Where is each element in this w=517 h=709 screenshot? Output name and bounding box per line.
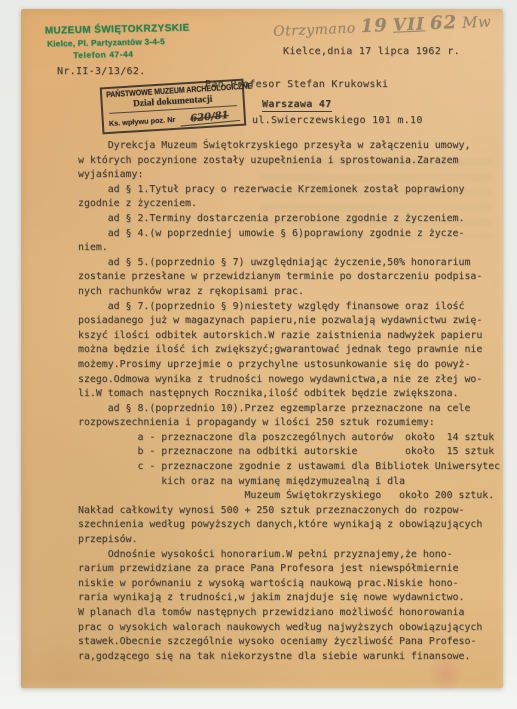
ink-smudge	[431, 657, 461, 691]
archive-stamp: PAŃSTWOWE MUZEUM ARCHEOLOGICZNE Dział do…	[100, 79, 247, 135]
recipient-city: Warszawa 47	[262, 99, 332, 112]
typed-line: niem.	[78, 241, 500, 256]
typed-line: w których poczynione zostały uzupełnieni…	[78, 154, 500, 169]
typed-line: można będzie ilość ich zwiększyć;gwarant…	[78, 343, 500, 358]
received-year: 62	[430, 12, 458, 34]
typed-line: Muzeum Świętokrzyskiego około 200 sztuk.	[78, 489, 500, 504]
received-handwriting: Otrzymano 19 VII 62 Mw	[273, 10, 504, 41]
typed-line: ad § 8.(poprzednio 10).Przez egzemplarze…	[78, 402, 500, 417]
typed-line: rozpowszechnienia i propagandy w ilości …	[78, 416, 500, 431]
typed-line: ad § 1.Tytuł pracy o rezerwacie Krzemion…	[78, 183, 500, 198]
typed-line: nych rachunków wraz z rękopisami prac.	[78, 285, 500, 300]
typed-line: ad § 2.Terminy dostarczenia przerobione …	[78, 212, 500, 227]
typed-line: rarium przewidziane za prace Pana Profes…	[78, 562, 500, 577]
typed-line: kszyć ilości odbitek autorskich.W razie …	[78, 329, 500, 344]
typed-line: a - przeznaczone dla poszczególnych auto…	[78, 431, 500, 446]
letterhead-stamp: MUZEUM ŚWIĘTOKRZYSKIE Kielce, Pl. Partyz…	[45, 22, 206, 60]
typed-line: raria wynikają z trudności,w jakim znajd…	[78, 591, 500, 606]
typed-line: szechnienia według powyższych danych,któ…	[78, 518, 500, 533]
received-initials: Mw	[462, 12, 492, 31]
archive-entry-value: 620/81	[179, 109, 239, 127]
recipient-street: ul.Swierczewskiego 101 m.10	[252, 115, 423, 126]
typed-line: zostanie przesłane w przewidzianym termi…	[78, 270, 500, 285]
typed-line: szego.Odmowa wynika z trudności nowego w…	[78, 373, 500, 388]
typed-line: Dyrekcja Muzeum Świętokrzyskiego przesył…	[78, 139, 500, 154]
letter-page: MUZEUM ŚWIĘTOKRZYSKIE Kielce, Pl. Partyz…	[21, 9, 503, 688]
letterhead-address: Kielce, Pl. Partyzantów 3-4-5	[47, 35, 205, 48]
typed-line: niskie w porównaniu z wysoką wartością n…	[78, 577, 500, 592]
typed-line: li.W tomach następnych Rocznika,ilość od…	[78, 387, 500, 402]
typed-line: b - przeznaczone na odbitki autorskie ok…	[78, 445, 500, 460]
typed-line: prac o wysokich walorach naukowych wedłu…	[78, 621, 500, 636]
typed-line: ad § 7.(poprzednio § 9)niestety względy …	[78, 300, 500, 315]
received-day: 19	[360, 15, 388, 37]
typed-line: W planach dla tomów następnych przewidzi…	[78, 606, 500, 621]
archive-entry-label: Ks. wpływu poz. Nr	[109, 115, 176, 129]
typed-line: ad § 4.(w poprzedniej umowie § 6)poprawi…	[78, 227, 500, 242]
typed-line: zgodnie z życzeniem.	[78, 197, 500, 212]
typed-line: stawek.Obecnie szczególnie wysoko ocenia…	[78, 635, 500, 650]
typed-line: Nakład całkowity wynosi 500 + 250 sztuk …	[78, 504, 500, 519]
date-line: Kielce,dnia 17 lipca 1962 r.	[283, 46, 460, 57]
typed-line: c - przeznaczone zgodnie z ustawami dla …	[78, 460, 500, 475]
letterhead-phone: Telefon 47-44	[73, 47, 205, 60]
received-month: VII	[392, 14, 425, 35]
letterhead-museum-name: MUZEUM ŚWIĘTOKRZYSKIE	[45, 22, 205, 36]
typed-line: posiadanego już w magazynach papieru,nie…	[78, 314, 500, 329]
typed-line: ad § 5.(poprzednio § 7) uwzględniając ży…	[78, 256, 500, 271]
typed-line: przepisów.	[78, 533, 500, 548]
typed-body: Dyrekcja Muzeum Świętokrzyskiego przesył…	[78, 139, 500, 664]
received-word: Otrzymano	[273, 20, 356, 40]
typed-line: Odnośnie wysokości honorarium.W pełni pr…	[78, 548, 500, 563]
typed-line: wyjaśniamy:	[78, 168, 500, 183]
reference-number: Nr.II-3/13/62.	[57, 66, 146, 77]
typed-line: możemy.Prosimy uprzejmie o przychylne us…	[78, 358, 500, 373]
typed-line: kich oraz na wymianę międzymuzealną i dl…	[78, 475, 500, 490]
